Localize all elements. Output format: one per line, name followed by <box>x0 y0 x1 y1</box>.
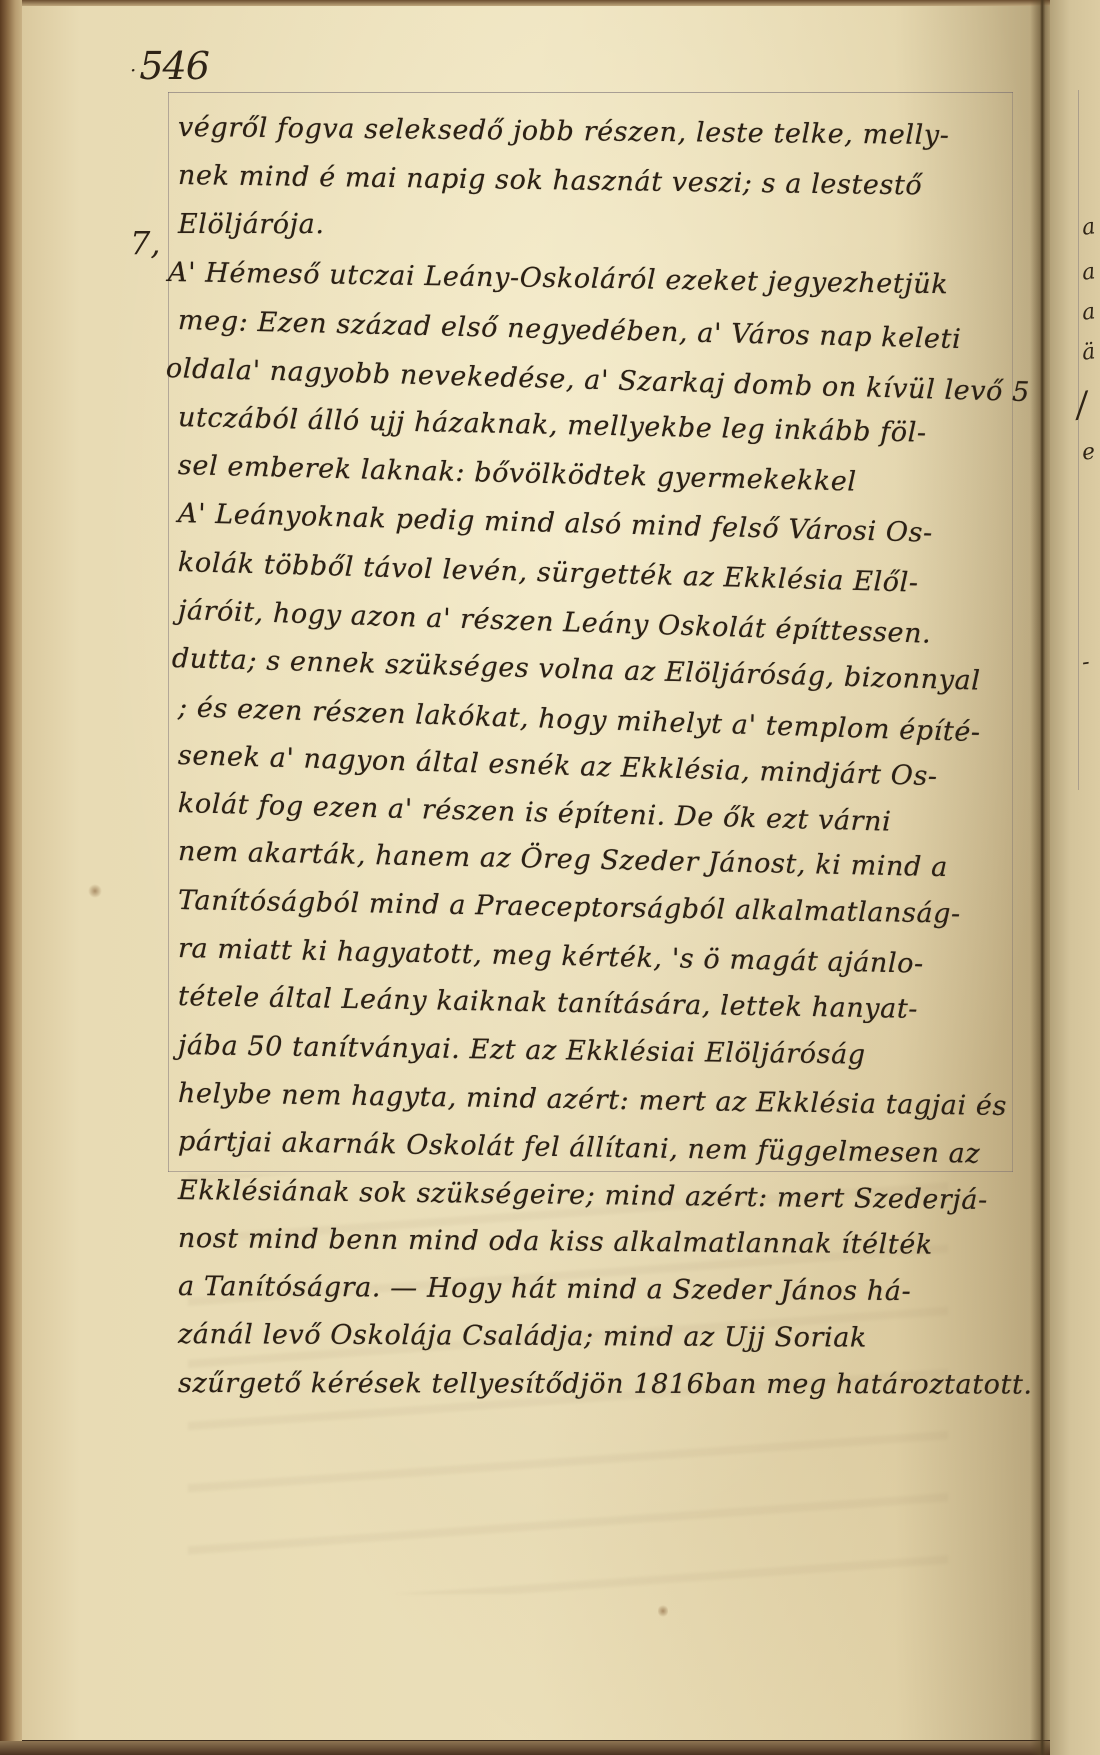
facing-text-fragment: e <box>1080 439 1096 466</box>
facing-margin-rule <box>1078 90 1079 790</box>
text-line: szűrgető kérések tellyesítődjön 1816ban … <box>178 1360 1008 1410</box>
book-gutter <box>1030 0 1052 1755</box>
manuscript-scan: ·546 7, végről fogva seleksedő jobb rész… <box>0 0 1100 1755</box>
margin-rule-right <box>1012 92 1013 1172</box>
facing-text-fragment: a <box>1080 299 1096 326</box>
manuscript-body: végről fogva seleksedő jobb részen, lest… <box>178 104 1008 1408</box>
text-line: a Tanítóságra. — Hogy hát mind a Szeder … <box>178 1263 1008 1317</box>
facing-text-fragment: a <box>1080 259 1096 286</box>
facing-text-fragment: ä <box>1080 339 1096 366</box>
book-page-edges <box>0 0 22 1755</box>
facing-text-fragment: a <box>1080 214 1096 241</box>
book-top-edge <box>0 0 1100 6</box>
facing-text-fragment: - <box>1080 650 1091 676</box>
text-line: zánál levő Oskolája Családja; mind az Uj… <box>178 1311 1008 1364</box>
facing-text-fragment: / <box>1073 384 1090 425</box>
text-line: végről fogva seleksedő jobb részen, lest… <box>178 104 1008 161</box>
ink-spot <box>658 1604 668 1618</box>
facing-page-edge: a a a ä / e - <box>1050 0 1100 1755</box>
ink-spot <box>88 884 102 898</box>
item-marker: 7, <box>130 224 161 262</box>
page-number-text: 546 <box>139 44 209 88</box>
margin-rule-top <box>168 92 1013 93</box>
book-bottom-edge <box>0 1741 1100 1755</box>
page-number: ·546 <box>130 44 209 88</box>
text-line: Elöljárója. <box>178 201 1008 249</box>
text-line: nost mind benn mind oda kiss alkalmatlan… <box>178 1215 1008 1271</box>
